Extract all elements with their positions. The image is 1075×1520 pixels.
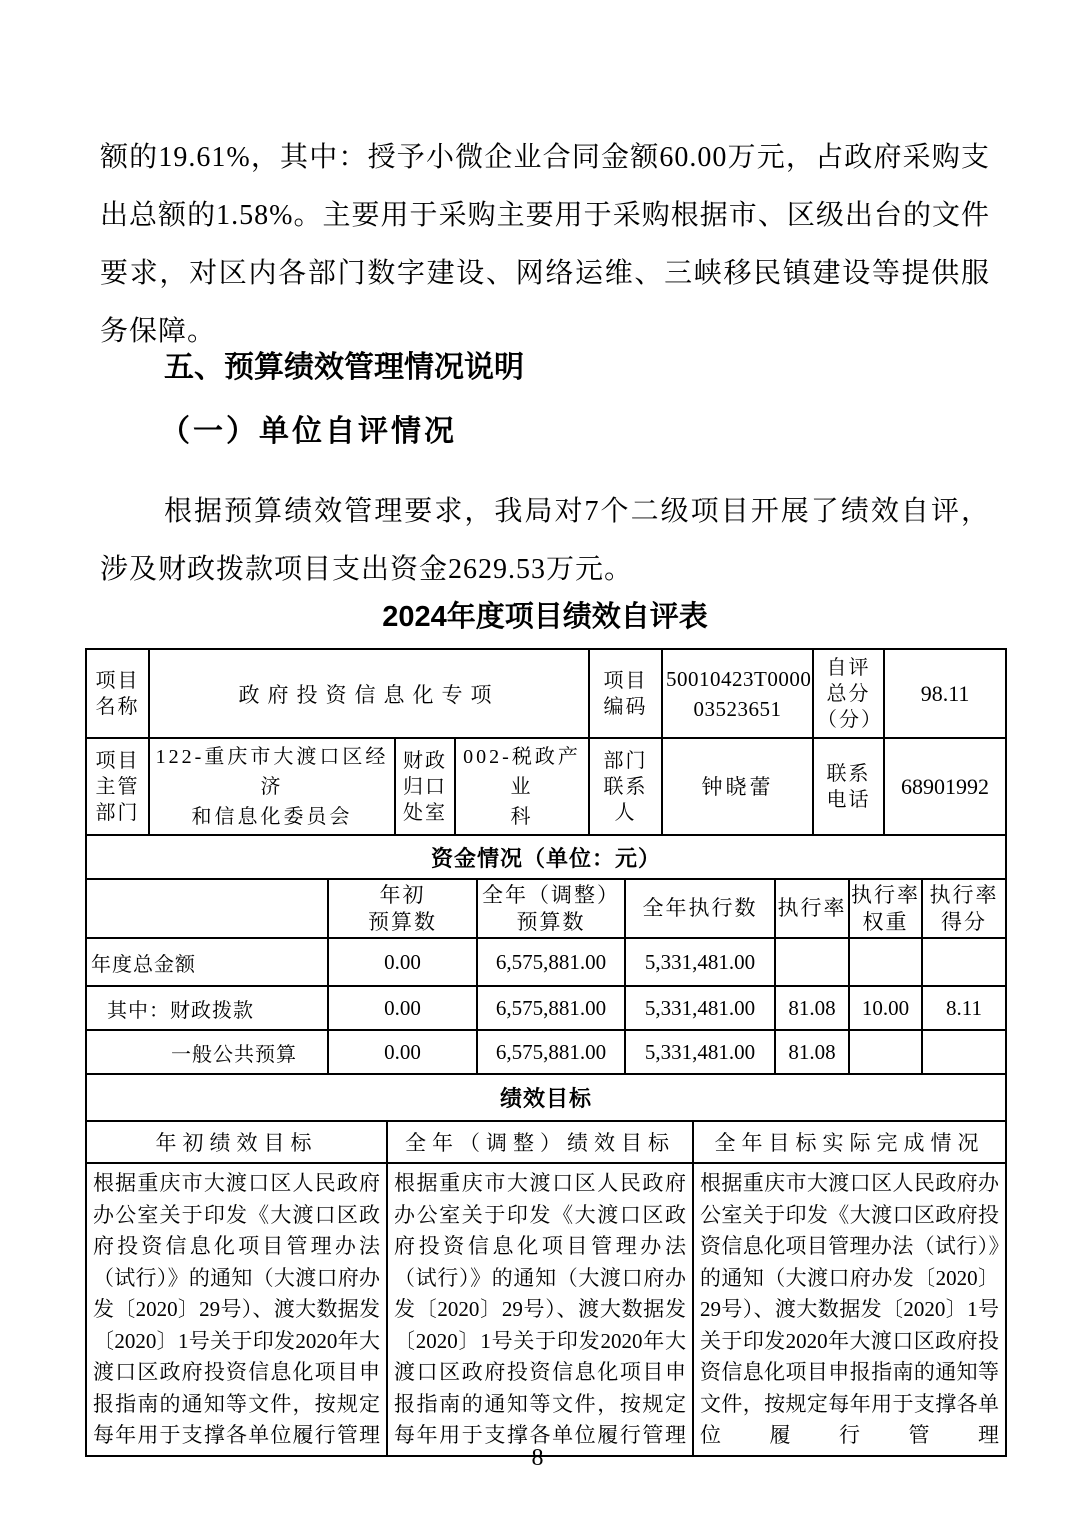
cell-finance-office-label: 财政 归口 处室 bbox=[395, 738, 455, 835]
paragraph-procurement-continuation: 额的19.61%，其中：授予小微企业合同金额60.00万元，占政府采购支出总额的… bbox=[100, 129, 990, 361]
cell-fiscal-weight: 10.00 bbox=[849, 986, 922, 1030]
self-evaluation-table: 项目 名称 政府投资信息化专项 项目 编码 50010423T0000 0352… bbox=[85, 648, 1005, 1457]
cell-public-budget-adjusted: 6,575,881.00 bbox=[477, 1030, 625, 1074]
cell-project-name-label: 项目 名称 bbox=[86, 649, 149, 738]
table-row: 资金情况（单位：元） bbox=[86, 835, 1006, 879]
cell-total-adjusted: 6,575,881.00 bbox=[477, 938, 625, 986]
cell-fiscal-rate: 81.08 bbox=[775, 986, 849, 1030]
cell-public-budget-executed: 5,331,481.00 bbox=[625, 1030, 775, 1074]
cell-contact-label: 部门 联系人 bbox=[589, 738, 662, 835]
cell-public-budget-initial: 0.00 bbox=[328, 1030, 477, 1074]
project-info-table: 项目 名称 政府投资信息化专项 项目 编码 50010423T0000 0352… bbox=[85, 648, 1007, 880]
cell-self-score: 98.11 bbox=[884, 649, 1006, 738]
col-adjusted-budget: 全年（调整） 预算数 bbox=[477, 879, 625, 938]
goals-table: 年初绩效目标 全年（调整）绩效目标 全年目标实际完成情况 根据重庆市大渡口区人民… bbox=[85, 1120, 1007, 1457]
col-rate-weight: 执行率 权重 bbox=[849, 879, 922, 938]
col-rate: 执行率 bbox=[775, 879, 849, 938]
goal-body-initial-text: 根据重庆市大渡口区人民政府办公室关于印发《大渡口区政府投资信息化项目管理办法（试… bbox=[87, 1164, 386, 1455]
cell-total-weight bbox=[849, 938, 922, 986]
goal-body-adjusted: 根据重庆市大渡口区人民政府办公室关于印发《大渡口区政府投资信息化项目管理办法（试… bbox=[387, 1163, 693, 1456]
goal-body-initial: 根据重庆市大渡口区人民政府办公室关于印发《大渡口区政府投资信息化项目管理办法（试… bbox=[86, 1163, 387, 1456]
cell-total-label: 年度总金额 bbox=[86, 938, 328, 986]
table-row: 一般公共预算 0.00 6,575,881.00 5,331,481.00 81… bbox=[86, 1030, 1006, 1074]
cell-fiscal-adjusted: 6,575,881.00 bbox=[477, 986, 625, 1030]
cell-fiscal-executed: 5,331,481.00 bbox=[625, 986, 775, 1030]
cell-public-budget-rate: 81.08 bbox=[775, 1030, 849, 1074]
col-initial-budget: 年初 预算数 bbox=[328, 879, 477, 938]
goal-col-header-adjusted: 全年（调整）绩效目标 bbox=[387, 1121, 693, 1163]
cell-project-code-label: 项目 编码 bbox=[589, 649, 662, 738]
funding-table: 年初 预算数 全年（调整） 预算数 全年执行数 执行率 执行率 权重 执行率 得… bbox=[85, 878, 1007, 1122]
cell-dept: 122-重庆市大渡口区经济 和信息化委员会 bbox=[149, 738, 395, 835]
cell-project-name: 政府投资信息化专项 bbox=[149, 649, 589, 738]
table-row: 其中：财政拨款 0.00 6,575,881.00 5,331,481.00 8… bbox=[86, 986, 1006, 1030]
goal-col-header-initial: 年初绩效目标 bbox=[86, 1121, 387, 1163]
table-row: 项目 名称 政府投资信息化专项 项目 编码 50010423T0000 0352… bbox=[86, 649, 1006, 738]
cell-dept-label: 项目 主管 部门 bbox=[86, 738, 149, 835]
goals-section-title: 绩效目标 bbox=[86, 1074, 1006, 1121]
goal-col-header-actual: 全年目标实际完成情况 bbox=[693, 1121, 1006, 1163]
goal-body-actual-text: 根据重庆市大渡口区人民政府办公室关于印发《大渡口区政府投资信息化项目管理办法（试… bbox=[694, 1164, 1005, 1455]
cell-public-budget-weight bbox=[849, 1030, 922, 1074]
cell-fiscal-label: 其中：财政拨款 bbox=[86, 986, 328, 1030]
cell-fiscal-score: 8.11 bbox=[922, 986, 1006, 1030]
table-title: 2024年度项目绩效自评表 bbox=[85, 596, 1005, 638]
funding-section-title: 资金情况（单位：元） bbox=[86, 835, 1006, 879]
col-blank bbox=[86, 879, 328, 938]
cell-total-score bbox=[922, 938, 1006, 986]
section-heading: 五、预算绩效管理情况说明 bbox=[100, 346, 990, 390]
goal-body-actual: 根据重庆市大渡口区人民政府办公室关于印发《大渡口区政府投资信息化项目管理办法（试… bbox=[693, 1163, 1006, 1456]
cell-self-score-label: 自评 总分 （分） bbox=[813, 649, 884, 738]
cell-public-budget-label: 一般公共预算 bbox=[86, 1030, 328, 1074]
paragraph-self-evaluation: 根据预算绩效管理要求，我局对7个二级项目开展了绩效自评，涉及财政拨款项目支出资金… bbox=[100, 483, 990, 599]
cell-contact: 钟晓蕾 bbox=[662, 738, 813, 835]
table-row: 根据重庆市大渡口区人民政府办公室关于印发《大渡口区政府投资信息化项目管理办法（试… bbox=[86, 1163, 1006, 1456]
goal-body-adjusted-text: 根据重庆市大渡口区人民政府办公室关于印发《大渡口区政府投资信息化项目管理办法（试… bbox=[388, 1164, 692, 1455]
cell-fiscal-initial: 0.00 bbox=[328, 986, 477, 1030]
page-number: 8 bbox=[0, 1443, 1075, 1473]
cell-total-executed: 5,331,481.00 bbox=[625, 938, 775, 986]
col-executed: 全年执行数 bbox=[625, 879, 775, 938]
cell-phone: 68901992 bbox=[884, 738, 1006, 835]
cell-public-budget-score bbox=[922, 1030, 1006, 1074]
cell-total-initial: 0.00 bbox=[328, 938, 477, 986]
sub-heading: （一）单位自评情况 bbox=[100, 410, 990, 454]
cell-phone-label: 联系 电话 bbox=[813, 738, 884, 835]
table-row: 项目 主管 部门 122-重庆市大渡口区经济 和信息化委员会 财政 归口 处室 … bbox=[86, 738, 1006, 835]
table-row: 绩效目标 bbox=[86, 1074, 1006, 1121]
table-header-row: 年初绩效目标 全年（调整）绩效目标 全年目标实际完成情况 bbox=[86, 1121, 1006, 1163]
table-header-row: 年初 预算数 全年（调整） 预算数 全年执行数 执行率 执行率 权重 执行率 得… bbox=[86, 879, 1006, 938]
table-row: 年度总金额 0.00 6,575,881.00 5,331,481.00 bbox=[86, 938, 1006, 986]
col-rate-score: 执行率 得分 bbox=[922, 879, 1006, 938]
cell-finance-office: 002-税政产业 科 bbox=[455, 738, 589, 835]
cell-project-code: 50010423T0000 03523651 bbox=[662, 649, 813, 738]
cell-total-rate bbox=[775, 938, 849, 986]
